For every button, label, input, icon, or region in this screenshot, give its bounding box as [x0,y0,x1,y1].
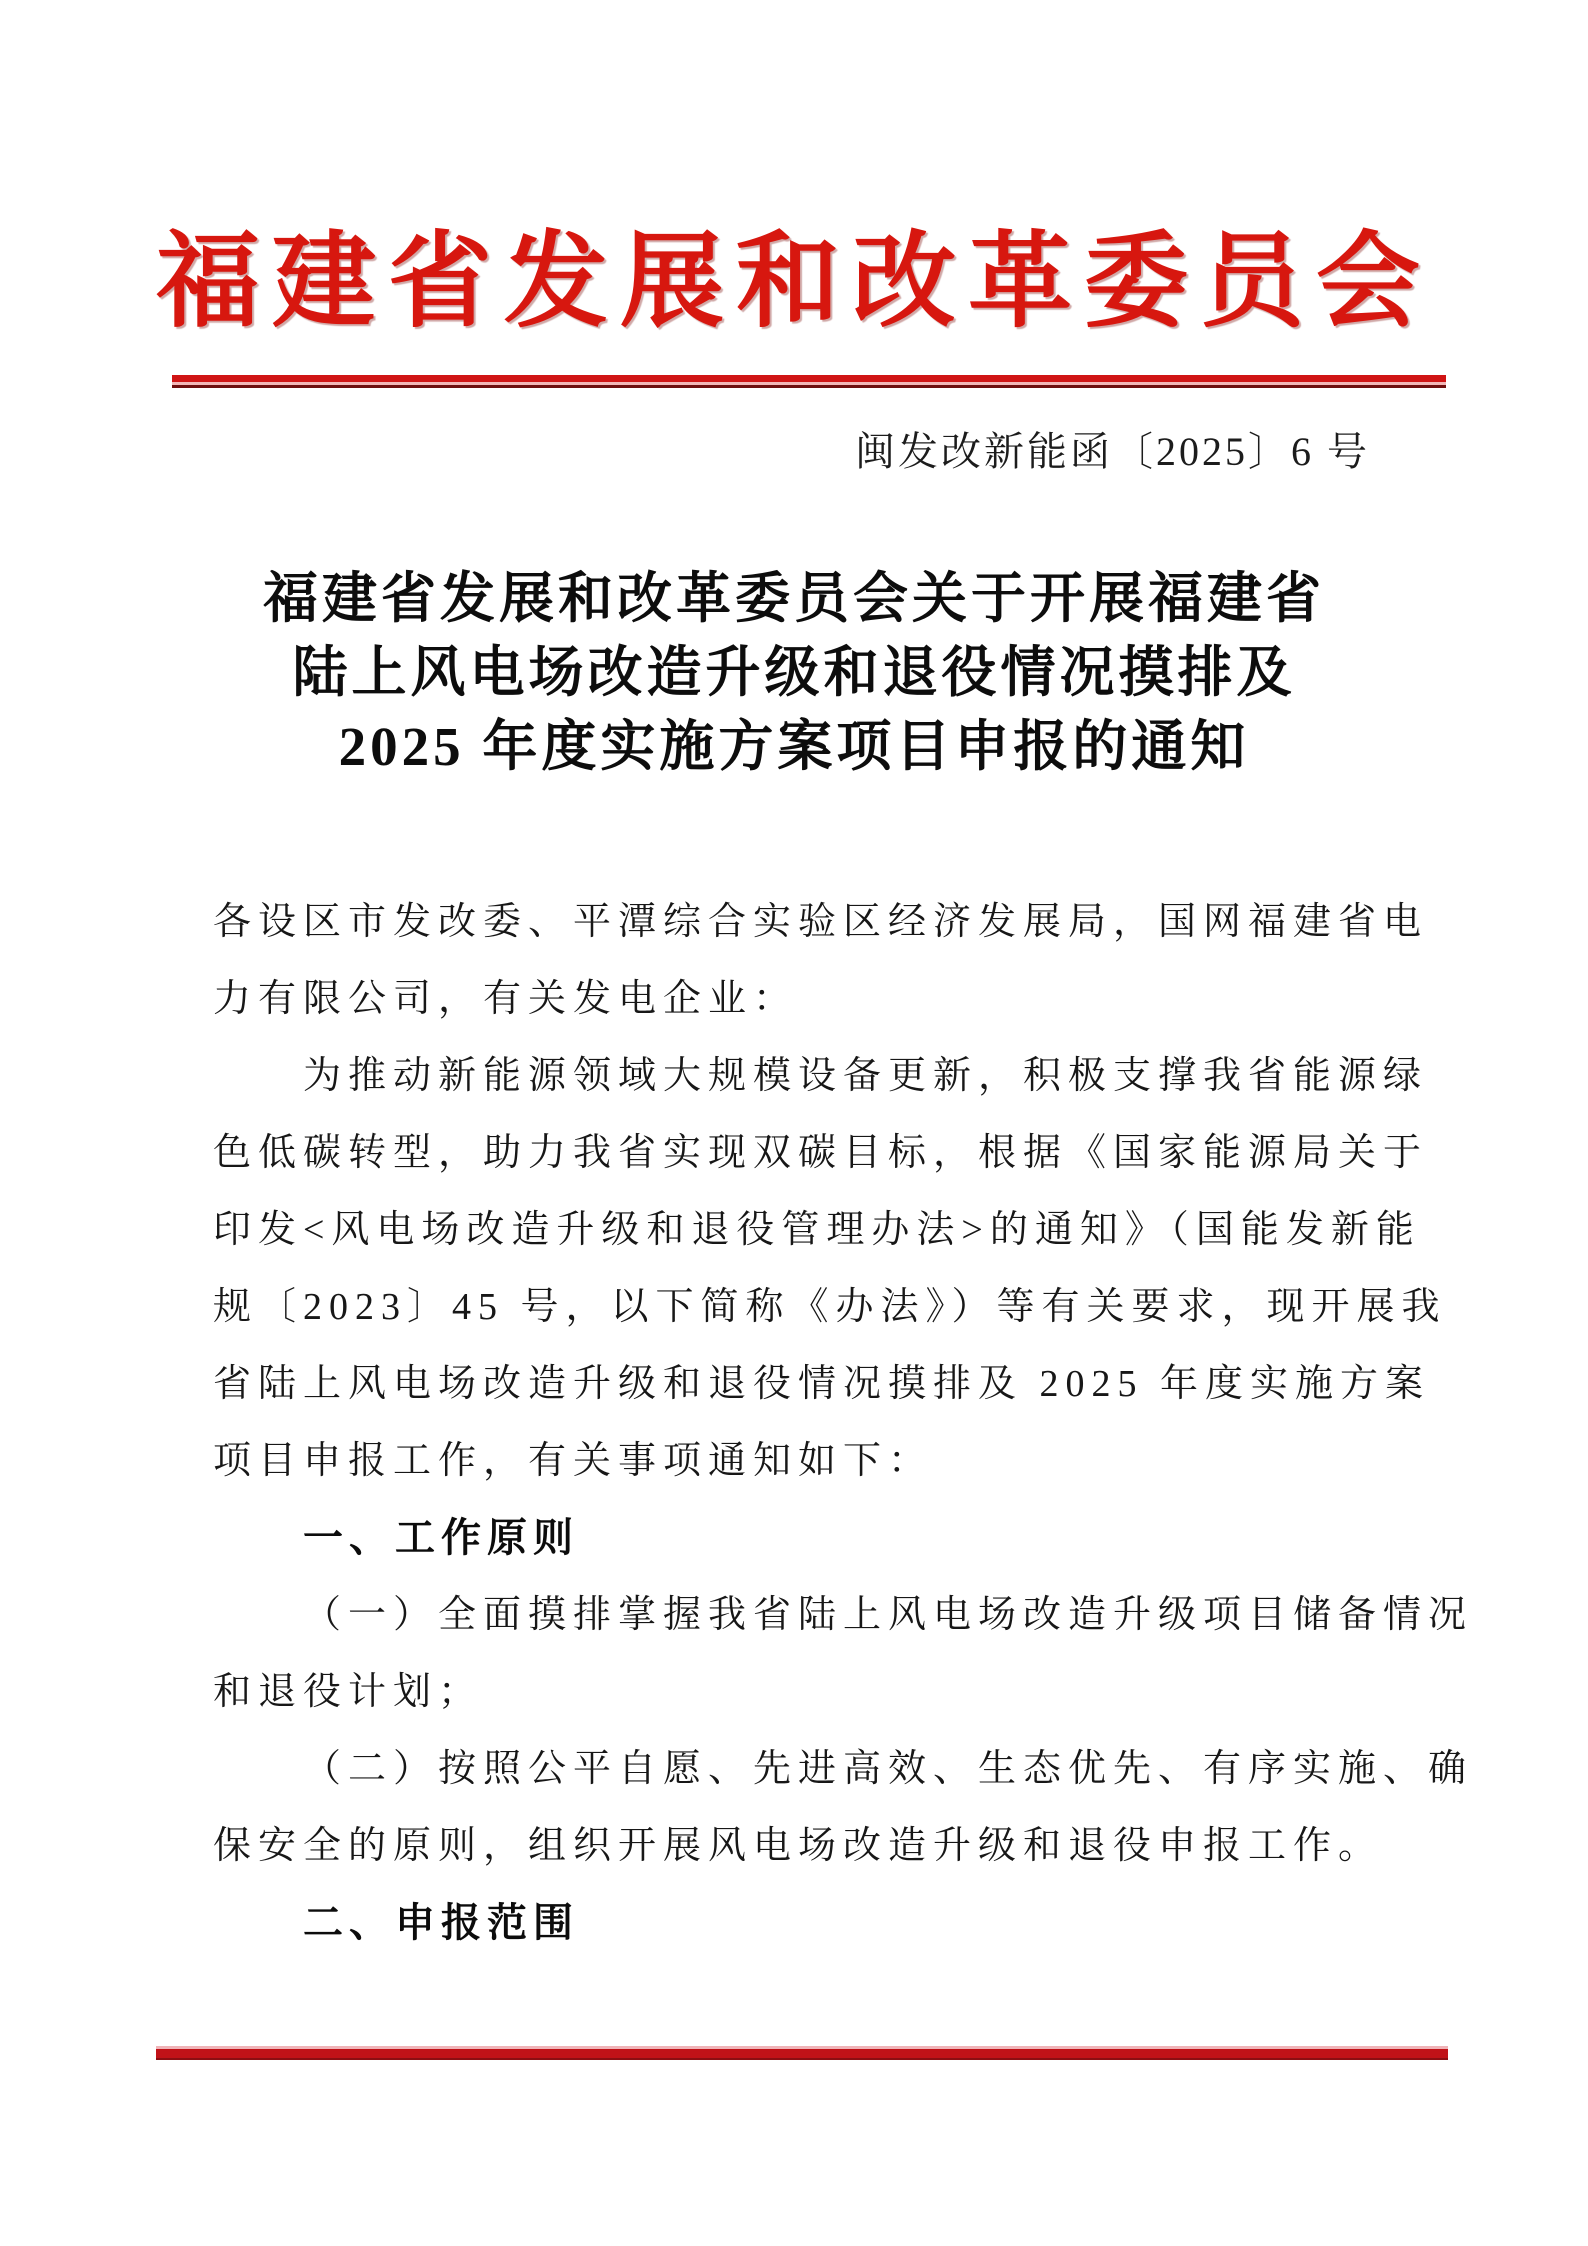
body-line-para1-6: 项目申报工作，有关事项通知如下： [213,1423,1383,1500]
body-line-item1-2: 和退役计划； [213,1654,1383,1731]
agency-header-title: 福建省发展和改革委员会 [0,228,1588,338]
notice-title-line-3: 2025 年度实施方案项目申报的通知 [0,710,1588,784]
red-separator-line-top [172,375,1446,388]
body-line-item2-1: （二）按照公平自愿、先进高效、生态优先、有序实施、确 [213,1731,1383,1808]
notice-title-line-2: 陆上风电场改造升级和退役情况摸排及 [0,636,1588,710]
body-line-item2-2: 保安全的原则，组织开展风电场改造升级和退役申报工作。 [213,1808,1383,1885]
body-line-para1-5: 省陆上风电场改造升级和退役情况摸排及 2025 年度实施方案 [213,1346,1383,1423]
section-heading-1: 一、工作原则 [213,1500,1383,1577]
body-line-para1-2: 色低碳转型，助力我省实现双碳目标，根据《国家能源局关于 [213,1115,1383,1192]
body-line-para1-4: 规〔2023〕45 号，以下简称《办法》）等有关要求，现开展我 [213,1269,1383,1346]
body-line-item1-1: （一）全面摸排掌握我省陆上风电场改造升级项目储备情况 [213,1577,1383,1654]
section-heading-2: 二、申报范围 [213,1885,1383,1962]
document-page: 福建省发展和改革委员会 闽发改新能函〔2025〕6 号 福建省发展和改革委员会关… [0,0,1588,2246]
red-separator-line-bottom [156,2046,1448,2060]
body-line-para1-1: 为推动新能源领域大规模设备更新，积极支撑我省能源绿 [213,1038,1383,1115]
body-line-para1-3: 印发<风电场改造升级和退役管理办法>的通知》（国能发新能 [213,1192,1383,1269]
body-line-salutation-1: 各设区市发改委、平潭综合实验区经济发展局，国网福建省电 [213,884,1383,961]
body-line-salutation-2: 力有限公司，有关发电企业： [213,961,1383,1038]
notice-title: 福建省发展和改革委员会关于开展福建省 陆上风电场改造升级和退役情况摸排及 202… [0,562,1588,784]
notice-title-line-1: 福建省发展和改革委员会关于开展福建省 [0,562,1588,636]
document-number: 闽发改新能函〔2025〕6 号 [855,428,1370,476]
notice-body: 各设区市发改委、平潭综合实验区经济发展局，国网福建省电 力有限公司，有关发电企业… [213,884,1383,1962]
